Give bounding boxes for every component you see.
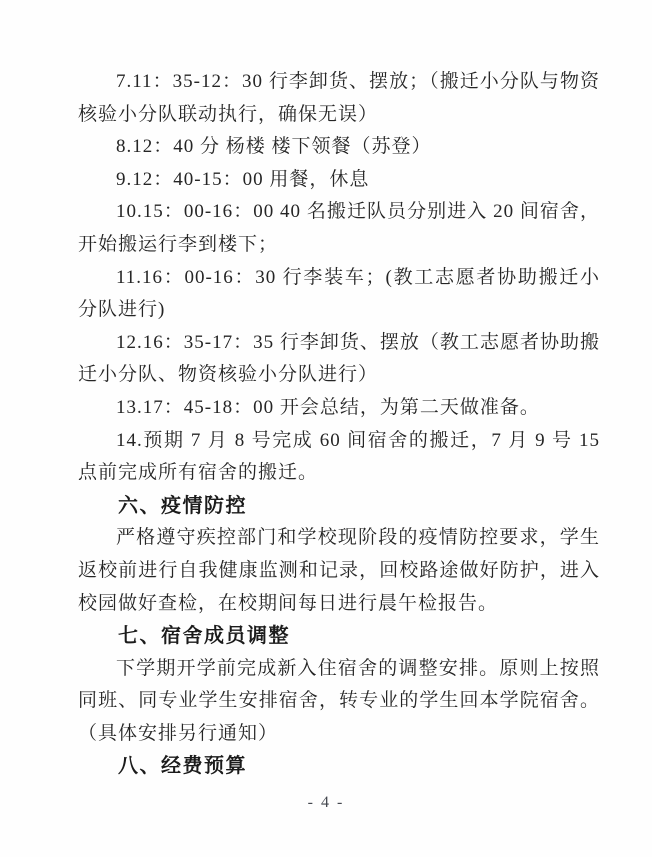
schedule-list-item: 7.11：35-12：30 行李卸货、摆放；（搬迁小分队与物资核验小分队联动执行… [78, 66, 600, 131]
schedule-list-item: 11.16：00-16：30 行李装车；(教工志愿者协助搬迁小分队进行) [78, 262, 600, 327]
schedule-list-item: 8.12：40 分 杨楼 楼下领餐（苏登） [78, 131, 600, 164]
section-heading: 八、经费预算 [78, 750, 600, 783]
body-paragraph: 严格遵守疾控部门和学校现阶段的疫情防控要求，学生返校前进行自我健康监测和记录，回… [78, 522, 600, 620]
schedule-list-item: 12.16：35-17：35 行李卸货、摆放（教工志愿者协助搬迁小分队、物资核验… [78, 327, 600, 392]
body-paragraph: 下学期开学前完成新入住宿舍的调整安排。原则上按照同班、同专业学生安排宿舍，转专业… [78, 653, 600, 751]
section-heading: 七、宿舍成员调整 [78, 620, 600, 653]
schedule-list-item: 13.17：45-18：00 开会总结，为第二天做准备。 [78, 392, 600, 425]
page-number: - 4 - [0, 794, 652, 812]
schedule-list-item: 9.12：40-15：00 用餐，休息 [78, 164, 600, 197]
schedule-list-item: 14.预期 7 月 8 号完成 60 间宿舍的搬迁，7 月 9 号 15 点前完… [78, 425, 600, 490]
document-content: 7.11：35-12：30 行李卸货、摆放；（搬迁小分队与物资核验小分队联动执行… [0, 0, 652, 783]
schedule-list-item: 10.15：00-16：00 40 名搬迁队员分别进入 20 间宿舍，开始搬运行… [78, 196, 600, 261]
document-page: 7.11：35-12：30 行李卸货、摆放；（搬迁小分队与物资核验小分队联动执行… [0, 0, 652, 857]
section-heading: 六、疫情防控 [78, 490, 600, 523]
